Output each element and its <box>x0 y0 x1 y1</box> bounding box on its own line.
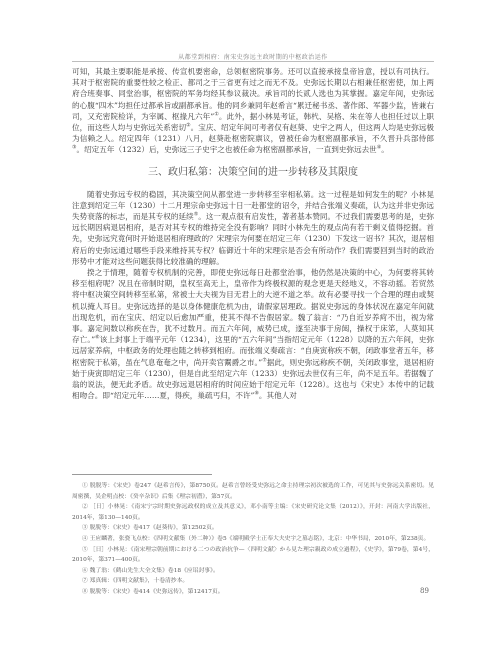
running-header: 从都堂到相府：南宋史弥远主政时期的中枢政治运作 <box>72 52 434 61</box>
footnote: ② ［日］小林晃：《南宋宁宗时期史弥远政权的成立及其意义》，邓小南等主编：《宋史… <box>72 502 434 523</box>
header-rule <box>72 61 434 62</box>
footnotes: ① 脱脱等：《宋史》卷247《赵希言传》，第8750页。赵希言曾经受史弥远之命主… <box>72 481 434 598</box>
footnote: ⑤ ［日］小林晃：《南宋理宗朝前期における二つの政治抗争—〈四明文献〉から見た理… <box>72 545 434 566</box>
footnote: ① 脱脱等：《宋史》卷247《赵希言传》，第8750页。赵希言曾经受史弥远之命主… <box>72 481 434 502</box>
footnote: ⑧ 脱脱等：《宋史》卷414《史弥远传》，第12417页。 <box>72 587 434 598</box>
footnote: ③ 脱脱等：《宋史》卷417《赵葵传》，第12502页。 <box>72 523 434 534</box>
paragraph: 揆之于情理，随着专权机制的完善，即使史弥远每日赴都堂治事，他仍然是决策的中心，为… <box>72 267 434 401</box>
page-number: 89 <box>420 587 429 595</box>
body-text: 可知，其最主要职能是承接、传宣机要密命，总领枢密院事务。还可以直接承接皇帝旨意，… <box>72 66 434 401</box>
section-heading: 三、政归私第：决策空间的进一步转移及其限度 <box>72 166 434 180</box>
footnote-rule <box>72 474 212 475</box>
footnote: ⑦ 郑真辑：《四明文献集》，十卷清抄本。 <box>72 576 434 587</box>
footnote: ④ 王应麟著，张骁飞点校：《四明文献集（外二种）》卷5《端明殿学士正奉大夫史宇之… <box>72 534 434 545</box>
footnote: ⑥ 魏了翁：《鹤山先生大全文集》卷18《应诏封事》。 <box>72 566 434 577</box>
paragraph: 随着史弥远专权的稳固，其决策空间从都堂进一步转移至宰相私第。这一过程是如何发生的… <box>72 189 434 267</box>
paragraph-continued: 可知，其最主要职能是承接、传宣机要密命，总领枢密院事务。还可以直接承接皇帝旨意，… <box>72 66 434 156</box>
